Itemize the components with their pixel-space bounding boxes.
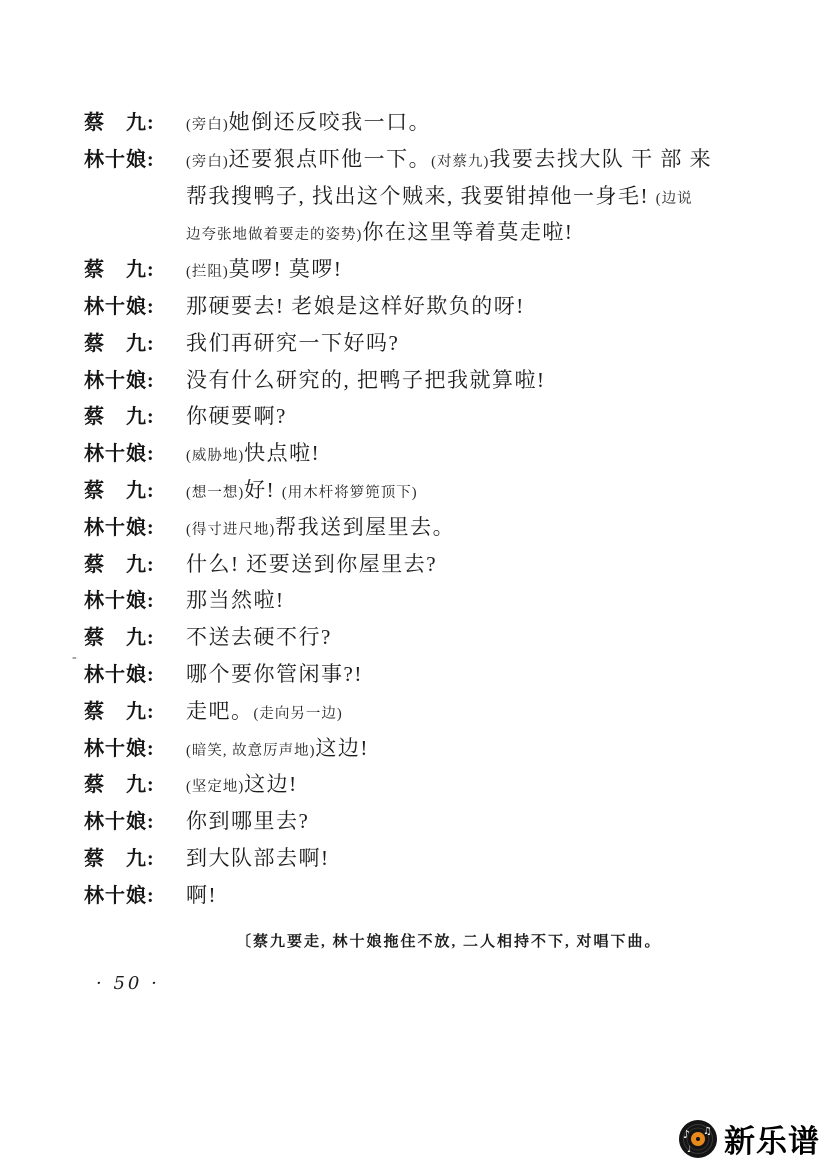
dialogue-content: (暗笑, 故意厉声地)这边!	[186, 732, 792, 762]
dialogue-text: 她倒还反咬我一口。	[229, 110, 432, 134]
dialogue-content: 不送去硬不行?	[186, 621, 792, 651]
stage-direction-inline: (坚定地)	[186, 779, 244, 795]
dialogue-line: 帮我搜鸭子, 找出这个贼来, 我要钳掉他一身毛! (边说	[84, 180, 792, 217]
dialogue-line: 林十娘:(暗笑, 故意厉声地)这边!	[84, 732, 792, 769]
dialogue-text: 你在这里等着莫走啦!	[362, 220, 573, 244]
dialogue-text: 那当然啦!	[186, 588, 285, 612]
dialogue-text: 我们再研究一下好吗?	[186, 331, 399, 355]
dialogue-text: 这边!	[315, 736, 369, 760]
stage-direction-inline: (走向另一边)	[254, 706, 343, 722]
dialogue-line: 蔡 九:你硬要啊?	[84, 400, 792, 437]
dialogue-text: 啊!	[186, 883, 217, 907]
speaker-name: 蔡 九:	[84, 548, 186, 577]
dialogue-content: 啊!	[186, 879, 792, 909]
dialogue-text: 你硬要啊?	[186, 404, 287, 428]
speaker-name: 蔡 九:	[84, 695, 186, 724]
speaker-name: 林十娘:	[84, 658, 186, 687]
speaker-name: 林十娘:	[84, 879, 186, 908]
speaker-name: 蔡 九:	[84, 106, 186, 135]
dialogue-line: 林十娘:你到哪里去?	[84, 805, 792, 842]
dialogue-line: 林十娘:(得寸进尺地)帮我送到屋里去。	[84, 511, 792, 548]
dialogue-text: 那硬要去! 老娘是这样好欺负的呀!	[186, 294, 525, 318]
dialogue-text: 好!	[244, 478, 282, 502]
dialogue-content: 帮我搜鸭子, 找出这个贼来, 我要钳掉他一身毛! (边说	[186, 180, 792, 210]
dialogue-line: 林十娘:那当然啦!	[84, 584, 792, 621]
svg-text:♩: ♩	[687, 1145, 691, 1155]
dialogue-content: (想一想)好! (用木杆将箩篼顶下)	[186, 474, 792, 504]
dialogue-block: 蔡 九:(旁白)她倒还反咬我一口。林十娘:(旁白)还要狠点吓他一下。(对蔡九)我…	[84, 106, 792, 994]
dialogue-text: 你到哪里去?	[186, 809, 309, 833]
dialogue-line: 林十娘:啊!	[84, 879, 792, 916]
dialogue-text: 到大队部去啊!	[186, 846, 330, 870]
stage-direction-inline: (对蔡九)	[431, 154, 489, 170]
speaker-name: 蔡 九:	[84, 621, 186, 650]
speaker-name: 林十娘:	[84, 437, 186, 466]
vinyl-record-icon: ♪ ♫ ♩	[678, 1119, 718, 1159]
dialogue-line: 蔡 九:不送去硬不行?	[84, 621, 792, 658]
dialogue-content: (得寸进尺地)帮我送到屋里去。	[186, 511, 792, 541]
dialogue-content: 边夸张地做着要走的姿势)你在这里等着莫走啦!	[186, 216, 792, 246]
brand-name: 新乐谱	[724, 1116, 820, 1161]
stage-direction-inline: (边说	[656, 191, 693, 207]
stage-direction-inline: (威胁地)	[186, 448, 244, 464]
stage-direction-inline: (旁白)	[186, 117, 229, 133]
dialogue-content: (坚定地)这边!	[186, 768, 792, 798]
dialogue-content: 那当然啦!	[186, 584, 792, 614]
speaker-name: 蔡 九:	[84, 253, 186, 282]
dialogue-text: 快点啦!	[244, 441, 320, 465]
svg-text:♪: ♪	[683, 1128, 690, 1141]
page-number: · 50 ·	[96, 973, 792, 994]
speaker-name: 林十娘:	[84, 290, 186, 319]
speaker-name: 林十娘:	[84, 732, 186, 761]
dialogue-content: 你硬要啊?	[186, 400, 792, 430]
dialogue-line: 林十娘:(威胁地)快点啦!	[84, 437, 792, 474]
dialogue-text: 这边!	[244, 772, 298, 796]
dialogue-line: 蔡 九:(拦阻)莫啰! 莫啰!	[84, 253, 792, 290]
dialogue-line: 蔡 九:什么! 还要送到你屋里去?	[84, 548, 792, 585]
dialogue-line: 蔡 九:(旁白)她倒还反咬我一口。	[84, 106, 792, 143]
stage-direction-inline: (用木杆将箩篼顶下)	[282, 485, 418, 501]
speaker-name: 蔡 九:	[84, 327, 186, 356]
speaker-name: 蔡 九:	[84, 400, 186, 429]
stage-direction-inline: (旁白)	[186, 154, 229, 170]
dialogue-line: 林十娘:哪个要你管闲事?!	[84, 658, 792, 695]
dialogue-text: 莫啰! 莫啰!	[229, 257, 343, 281]
stage-direction-inline: 边夸张地做着要走的姿势)	[186, 227, 362, 243]
dialogue-content: 没有什么研究的, 把鸭子把我就算啦!	[186, 364, 792, 394]
speaker-name: 林十娘:	[84, 143, 186, 172]
dialogue-content: 什么! 还要送到你屋里去?	[186, 548, 792, 578]
dialogue-content: 你到哪里去?	[186, 805, 792, 835]
speaker-name: 林十娘:	[84, 364, 186, 393]
dialogue-text: 不送去硬不行?	[186, 625, 332, 649]
dialogue-text: 走吧。	[186, 699, 254, 723]
dialogue-line: 蔡 九:(想一想)好! (用木杆将箩篼顶下)	[84, 474, 792, 511]
dialogue-content: 那硬要去! 老娘是这样好欺负的呀!	[186, 290, 792, 320]
speaker-name: 林十娘:	[84, 511, 186, 540]
stage-direction-inline: (得寸进尺地)	[186, 522, 275, 538]
dialogue-line: 林十娘:(旁白)还要狠点吓他一下。(对蔡九)我要去找大队 干 部 来	[84, 143, 792, 180]
dialogue-text: 哪个要你管闲事?!	[186, 662, 363, 686]
scan-artifact-dash: -	[72, 650, 77, 666]
dialogue-line: 蔡 九:走吧。(走向另一边)	[84, 695, 792, 732]
speaker-name: 蔡 九:	[84, 474, 186, 503]
dialogue-text: 还要狠点吓他一下。	[229, 147, 432, 171]
publisher-watermark: ♪ ♫ ♩ 新乐谱	[678, 1116, 820, 1161]
dialogue-line: 蔡 九:我们再研究一下好吗?	[84, 327, 792, 364]
dialogue-line: 边夸张地做着要走的姿势)你在这里等着莫走啦!	[84, 216, 792, 253]
dialogue-content: 到大队部去啊!	[186, 842, 792, 872]
scanned-script-page: 蔡 九:(旁白)她倒还反咬我一口。林十娘:(旁白)还要狠点吓他一下。(对蔡九)我…	[0, 0, 826, 1169]
speaker-name: 蔡 九:	[84, 768, 186, 797]
dialogue-content: 走吧。(走向另一边)	[186, 695, 792, 725]
speaker-name: 林十娘:	[84, 805, 186, 834]
dialogue-line: 蔡 九:到大队部去啊!	[84, 842, 792, 879]
dialogue-text: 什么! 还要送到你屋里去?	[186, 552, 437, 576]
dialogue-content: 我们再研究一下好吗?	[186, 327, 792, 357]
stage-direction-inline: (拦阻)	[186, 264, 229, 280]
dialogue-line: 蔡 九:(坚定地)这边!	[84, 768, 792, 805]
svg-text:♫: ♫	[703, 1126, 712, 1137]
dialogue-text: 我要去找大队 干 部 来	[489, 147, 712, 171]
dialogue-content: (旁白)她倒还反咬我一口。	[186, 106, 792, 136]
dialogue-content: (威胁地)快点啦!	[186, 437, 792, 467]
dialogue-content: 哪个要你管闲事?!	[186, 658, 792, 688]
dialogue-line: 林十娘:没有什么研究的, 把鸭子把我就算啦!	[84, 364, 792, 401]
stage-direction-inline: (想一想)	[186, 485, 244, 501]
speaker-name: 林十娘:	[84, 584, 186, 613]
dialogue-text: 帮我搜鸭子, 找出这个贼来, 我要钳掉他一身毛!	[186, 184, 656, 208]
closing-stage-direction: 〔蔡九要走, 林十娘拖住不放, 二人相持不下, 对唱下曲。	[236, 930, 792, 951]
stage-direction-inline: (暗笑, 故意厉声地)	[186, 743, 315, 759]
dialogue-text: 没有什么研究的, 把鸭子把我就算啦!	[186, 368, 546, 392]
dialogue-line: 林十娘:那硬要去! 老娘是这样好欺负的呀!	[84, 290, 792, 327]
dialogue-content: (拦阻)莫啰! 莫啰!	[186, 253, 792, 283]
dialogue-text: 帮我送到屋里去。	[275, 515, 455, 539]
speaker-name: 蔡 九:	[84, 842, 186, 871]
dialogue-content: (旁白)还要狠点吓他一下。(对蔡九)我要去找大队 干 部 来	[186, 143, 792, 173]
